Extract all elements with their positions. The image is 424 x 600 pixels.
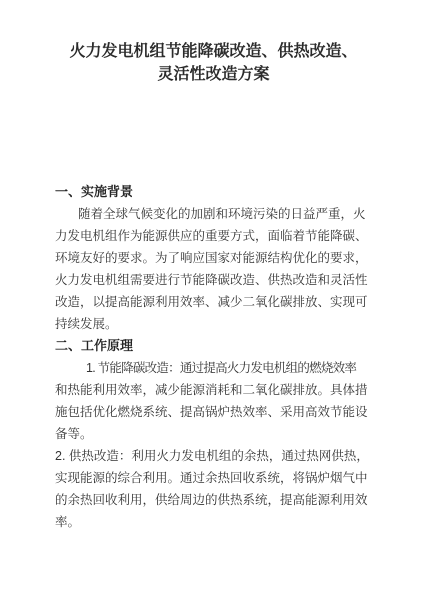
section-heading-implementation-background: 一、实施背景 [55, 181, 372, 203]
body-line: 的余热回收利用，供给周边的供热系统，提高能源利用效 [55, 489, 372, 511]
document-title: 火力发电机组节能降碳改造、供热改造、灵活性改造方案 [66, 40, 362, 86]
body-line: 火力发电机组需要进行节能降碳改造、供热改造和灵活性 [55, 269, 372, 291]
body-line: 2. 供热改造：利用火力发电机组的余热，通过热网供热， [55, 445, 372, 467]
body-line: 备等。 [55, 423, 372, 445]
body-line: 力发电机组作为能源供应的重要方式，面临着节能降碳、 [55, 225, 372, 247]
body-line: 持续发展。 [55, 313, 372, 335]
body-line: 改造，以提高能源利用效率、减少二氧化碳排放、实现可 [55, 291, 372, 313]
body-line: 实现能源的综合利用。通过余热回收系统，将锅炉烟气中 [55, 467, 372, 489]
body-line: 随着全球气候变化的加剧和环境污染的日益严重，火 [55, 203, 372, 225]
body-line: 1. 节能降碳改造：通过提高火力发电机组的燃烧效率 [55, 357, 372, 379]
document-page: 火力发电机组节能降碳改造、供热改造、灵活性改造方案 一、实施背景 随着全球气候变… [0, 0, 424, 600]
body-line: 施包括优化燃烧系统、提高锅炉热效率、采用高效节能设 [55, 401, 372, 423]
body-line: 环境友好的要求。为了响应国家对能源结构优化的要求， [55, 247, 372, 269]
body-line: 和热能利用效率，减少能源消耗和二氧化碳排放。具体措 [55, 379, 372, 401]
section-heading-working-principle: 二、工作原理 [55, 335, 372, 357]
document-content: 火力发电机组节能降碳改造、供热改造、灵活性改造方案 一、实施背景 随着全球气候变… [0, 40, 372, 533]
body-line: 率。 [55, 511, 372, 533]
